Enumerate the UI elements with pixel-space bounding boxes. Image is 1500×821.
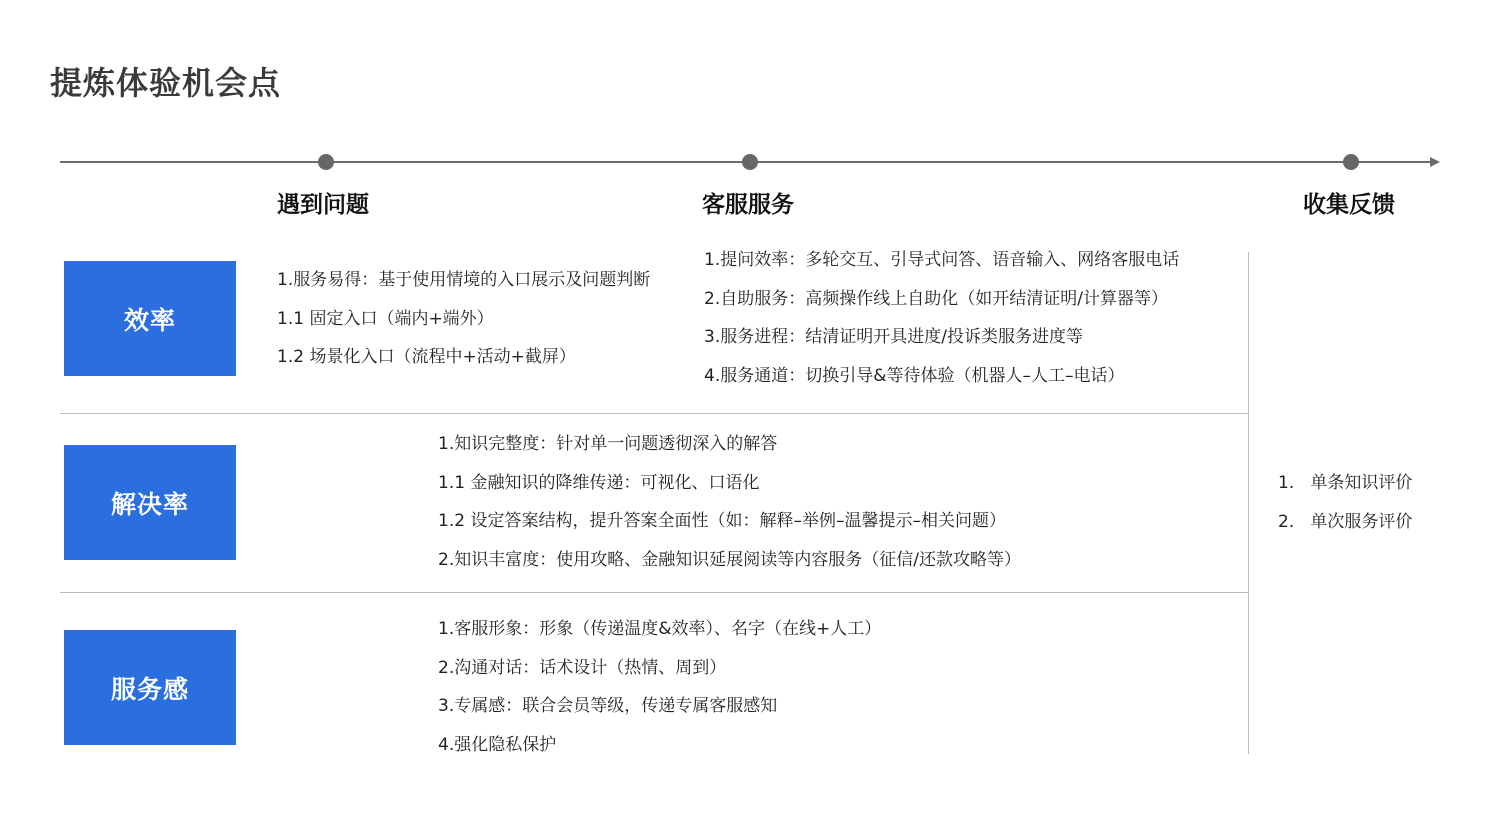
stage-label-feedback: 收集反馈 [1303,186,1395,219]
list-item: 4.强化隐私保护 [438,726,881,765]
timeline-node-service [742,154,758,170]
list-item: 1.服务易得：基于使用情境的入口展示及问题判断 [277,261,650,300]
list-item: 2. 单次服务评价 [1278,503,1412,542]
timeline-arrow-icon [1430,157,1440,167]
list-item: 1.2 设定答案结构，提升答案全面性（如：解释–举例–温馨提示–相关问题） [438,502,1021,541]
list-item: 2.知识丰富度：使用攻略、金融知识延展阅读等内容服务（征信/还款攻略等） [438,541,1021,580]
category-resolution-rate: 解决率 [64,445,236,560]
list-item: 1.2 场景化入口（流程中+活动+截屏） [277,338,650,377]
row-divider [60,413,1248,414]
list-item: 1.客服形象：形象（传递温度&效率）、名字（在线+人工） [438,610,881,649]
service-feel-list: 1.客服形象：形象（传递温度&效率）、名字（在线+人工） 2.沟通对话：话术设计… [438,610,881,765]
timeline-node-encounter [318,154,334,170]
efficiency-encounter-list: 1.服务易得：基于使用情境的入口展示及问题判断 1.1 固定入口（端内+端外） … [277,261,650,377]
list-item: 1.知识完整度：针对单一问题透彻深入的解答 [438,425,1021,464]
list-item: 2.沟通对话：话术设计（热情、周到） [438,649,881,688]
list-item: 1.1 固定入口（端内+端外） [277,300,650,339]
list-item: 2.自助服务：高频操作线上自助化（如开结清证明/计算器等） [704,280,1179,319]
list-item: 1.1 金融知识的降维传递：可视化、口语化 [438,464,1021,503]
stage-label-service: 客服服务 [702,186,794,219]
list-item: 1.提问效率：多轮交互、引导式问答、语音输入、网络客服电话 [704,241,1179,280]
stage-label-encounter: 遇到问题 [277,186,369,219]
feedback-list: 1. 单条知识评价 2. 单次服务评价 [1278,464,1412,541]
list-item: 1. 单条知识评价 [1278,464,1412,503]
row-divider [60,592,1248,593]
list-item: 4.服务通道：切换引导&等待体验（机器人–人工–电话） [704,357,1179,396]
column-divider [1248,252,1249,754]
list-item: 3.专属感：联合会员等级，传递专属客服感知 [438,687,881,726]
category-service-feel: 服务感 [64,630,236,745]
page-title: 提炼体验机会点 [50,58,281,104]
resolution-rate-list: 1.知识完整度：针对单一问题透彻深入的解答 1.1 金融知识的降维传递：可视化、… [438,425,1021,580]
efficiency-service-list: 1.提问效率：多轮交互、引导式问答、语音输入、网络客服电话 2.自助服务：高频操… [704,241,1179,396]
timeline-node-feedback [1343,154,1359,170]
list-item: 3.服务进程：结清证明开具进度/投诉类服务进度等 [704,318,1179,357]
category-efficiency: 效率 [64,261,236,376]
